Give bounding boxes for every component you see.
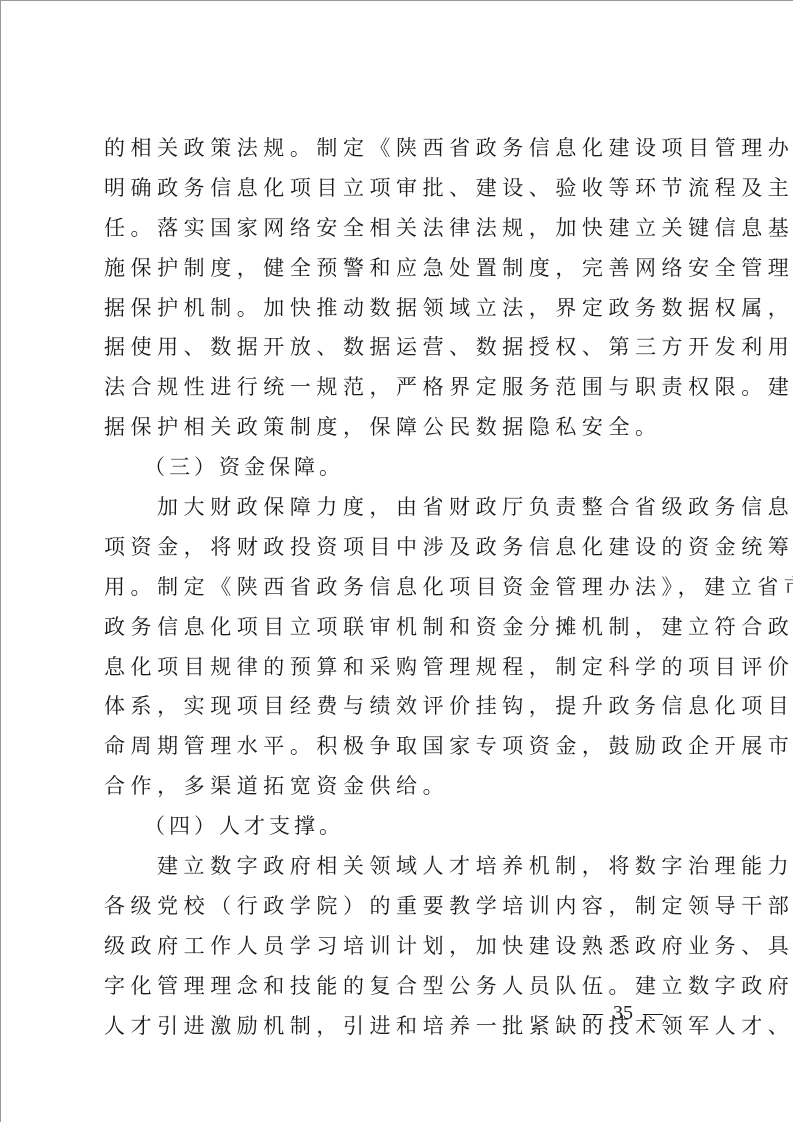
- paragraph-line: 体系，实现项目经费与绩效评价挂钩，提升政务信息化项目全生: [104, 687, 694, 727]
- section-heading-talent: （四）人才支撑。: [104, 807, 694, 847]
- text-column: 的相关政策法规。制定《陕西省政务信息化建设项目管理办法》， 明确政务信息化项目立…: [104, 129, 694, 1046]
- paragraph-line: 项资金，将财政投资项目中涉及政务信息化建设的资金统筹使: [104, 528, 694, 568]
- paragraph-line: 据保护机制。加快推动数据领域立法，界定政务数据权属，对数: [104, 289, 694, 329]
- paragraph-first-line: 加大财政保障力度，由省财政厅负责整合省级政务信息化专: [104, 488, 694, 528]
- document-page: 的相关政策法规。制定《陕西省政务信息化建设项目管理办法》， 明确政务信息化项目立…: [0, 0, 793, 1122]
- paragraph-line: 政务信息化项目立项联审机制和资金分摊机制，建立符合政务信: [104, 608, 694, 648]
- page-number: — 35 —: [583, 1002, 663, 1025]
- paragraph-line: 施保护制度，健全预警和应急处置制度，完善网络安全管理和数: [104, 249, 694, 289]
- section-heading-funding: （三）资金保障。: [104, 448, 694, 488]
- paragraph-line: 级政府工作人员学习培训计划，加快建设熟悉政府业务、具备数: [104, 927, 694, 967]
- paragraph-line: 字化管理理念和技能的复合型公务人员队伍。建立数字政府建设: [104, 967, 694, 1007]
- paragraph-line: 的相关政策法规。制定《陕西省政务信息化建设项目管理办法》，: [104, 129, 694, 169]
- paragraph-first-line: 建立数字政府相关领域人才培养机制，将数字治理能力作为: [104, 847, 694, 887]
- paragraph-line: 息化项目规律的预算和采购管理规程，制定科学的项目评价指标: [104, 648, 694, 688]
- paragraph-line: 合作，多渠道拓宽资金供给。: [104, 767, 694, 807]
- paragraph-line: 据保护相关政策制度，保障公民数据隐私安全。: [104, 408, 694, 448]
- paragraph-line: 任。落实国家网络安全相关法律法规，加快建立关键信息基础设: [104, 209, 694, 249]
- paragraph-line: 用。制定《陕西省政务信息化项目资金管理办法》，建立省市县: [104, 568, 694, 608]
- paragraph-line: 据使用、数据开放、数据运营、数据授权、第三方开发利用等合: [104, 328, 694, 368]
- paragraph-line: 各级党校（行政学院）的重要教学培训内容，制定领导干部和各: [104, 887, 694, 927]
- paragraph-line: 法合规性进行统一规范，严格界定服务范围与职责权限。建立数: [104, 368, 694, 408]
- paragraph-line: 明确政务信息化项目立项审批、建设、验收等环节流程及主体责: [104, 169, 694, 209]
- paragraph-line: 命周期管理水平。积极争取国家专项资金，鼓励政企开展市场化: [104, 727, 694, 767]
